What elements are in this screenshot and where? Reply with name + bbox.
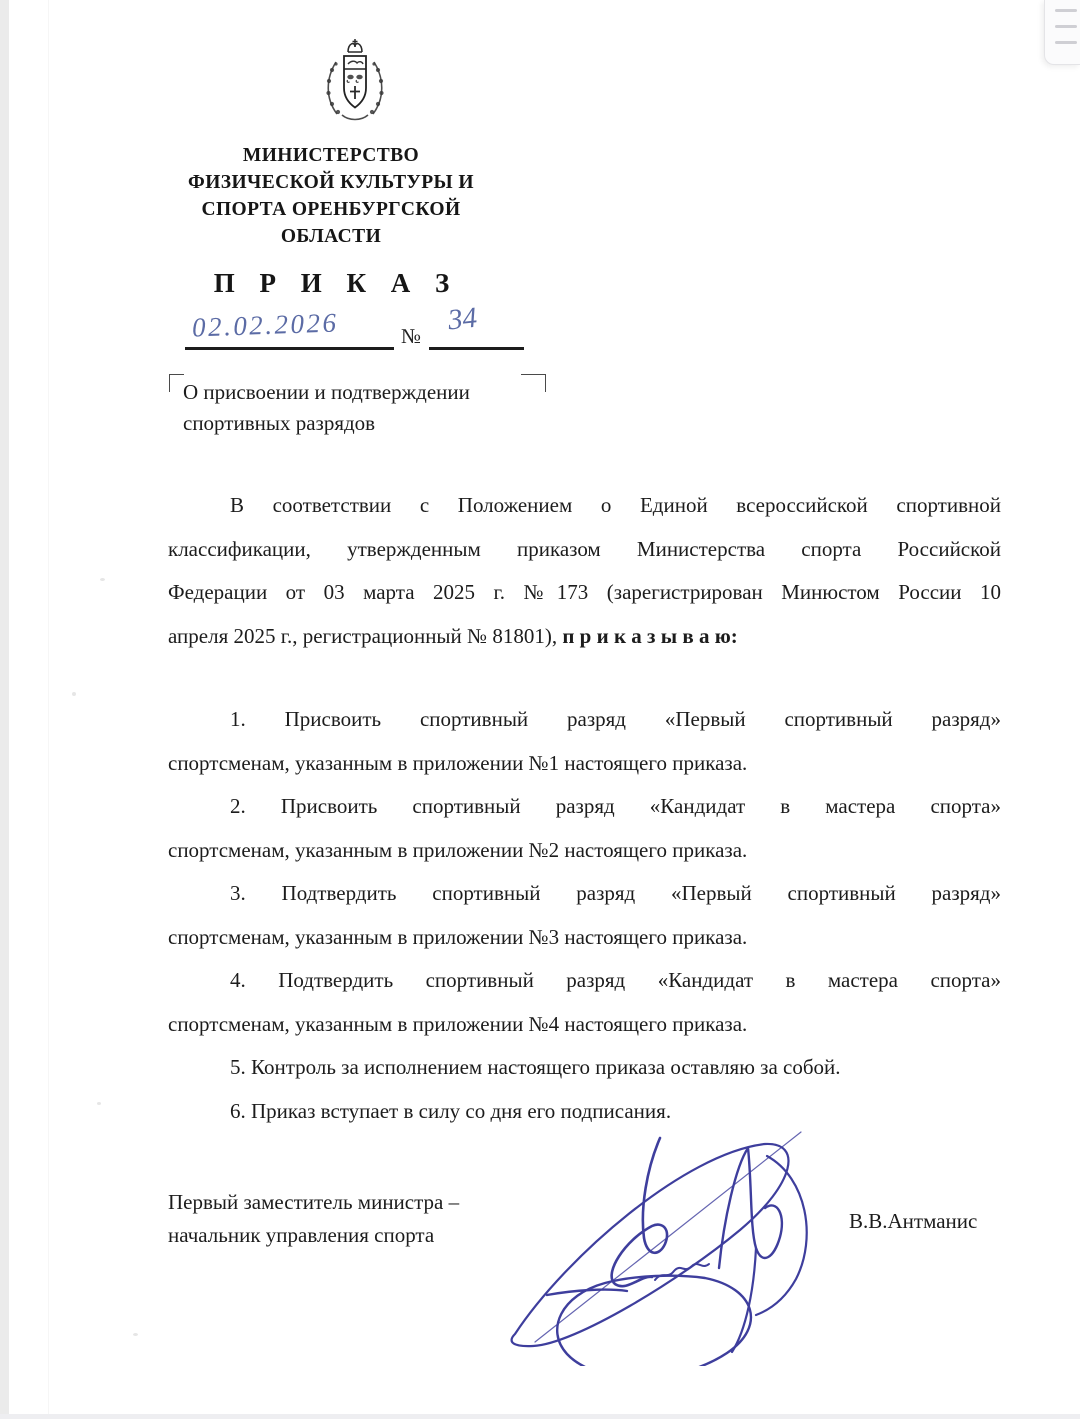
org-name-line: СПОРТА ОРЕНБУРГСКОЙ [181, 196, 481, 223]
text-line-bold: п р и к а з ы в а ю: [562, 624, 737, 648]
text-line: спортсменам, указанным в приложении №1 н… [168, 742, 1001, 786]
subject-line: спортивных разрядов [183, 408, 543, 439]
scan-artifact [72, 692, 76, 696]
viewer-left-edge [0, 0, 9, 1419]
text-line-regular: 4. Подтвердить спортивный разряд «Кандид… [230, 968, 1001, 992]
handwritten-date: 02.02.2026 [192, 307, 339, 343]
signature-icon [455, 1098, 855, 1366]
order-body-text: В соответствии с Положением о Единой все… [168, 484, 1001, 1133]
document-page: МИНИСТЕРСТВОФИЗИЧЕСКОЙ КУЛЬТУРЫ ИСПОРТА … [0, 0, 1080, 1419]
number-underline [429, 347, 524, 350]
text-line: спортсменам, указанным в приложении №4 н… [168, 1003, 1001, 1047]
date-underline [185, 347, 394, 350]
signer-title-line: начальник управления спорта [168, 1219, 459, 1252]
signer-title-line: Первый заместитель министра – [168, 1186, 459, 1219]
text-line-regular: спортсменам, указанным в приложении №1 н… [168, 751, 747, 775]
subject-line: О присвоении и подтверждении [183, 377, 543, 408]
text-line-regular: В соответствии с Положением о Единой все… [230, 493, 1001, 517]
signer-name: В.В.Антманис [849, 1209, 977, 1234]
text-line-regular: Федерации от 03 марта 2025 г. №173 (заре… [168, 580, 1001, 604]
peek-line-icon [1055, 25, 1077, 28]
text-line-regular: 3. Подтвердить спортивный разряд «Первый… [230, 881, 1001, 905]
org-name: МИНИСТЕРСТВОФИЗИЧЕСКОЙ КУЛЬТУРЫ ИСПОРТА … [181, 142, 481, 250]
doc-type-title: П Р И К А З [181, 268, 491, 299]
text-line [168, 658, 1001, 698]
number-sign: № [401, 324, 421, 349]
subject-corner-mark-left [169, 374, 184, 392]
text-line: классификации, утвержденным приказом Мин… [168, 528, 1001, 572]
text-line: 5. Контроль за исполнением настоящего пр… [168, 1046, 1001, 1090]
text-line-regular: 1. Присвоить спортивный разряд «Первый с… [230, 707, 1001, 731]
org-name-line: МИНИСТЕРСТВО [181, 142, 481, 169]
text-line: апреля 2025 г., регистрационный № 81801)… [168, 615, 1001, 659]
scan-artifact [97, 1102, 101, 1105]
text-line: Федерации от 03 марта 2025 г. №173 (заре… [168, 571, 1001, 615]
text-line: 1. Присвоить спортивный разряд «Первый с… [168, 698, 1001, 742]
text-line: В соответствии с Положением о Единой все… [168, 484, 1001, 528]
text-line-regular: 5. Контроль за исполнением настоящего пр… [230, 1055, 841, 1079]
text-line: 2. Присвоить спортивный разряд «Кандидат… [168, 785, 1001, 829]
peek-line-icon [1055, 41, 1077, 44]
text-line: 4. Подтвердить спортивный разряд «Кандид… [168, 959, 1001, 1003]
text-line-regular: спортсменам, указанным в приложении №4 н… [168, 1012, 747, 1036]
scan-fold-line [48, 0, 49, 1419]
page-peek-card[interactable] [1044, 0, 1080, 65]
text-line-regular: 2. Присвоить спортивный разряд «Кандидат… [230, 794, 1001, 818]
text-line: спортсменам, указанным в приложении №3 н… [168, 916, 1001, 960]
text-line-regular: спортсменам, указанным в приложении №3 н… [168, 925, 747, 949]
peek-line-icon [1055, 9, 1077, 12]
text-line-regular: апреля 2025 г., регистрационный № 81801)… [168, 624, 562, 648]
text-line-regular: спортсменам, указанным в приложении №2 н… [168, 838, 747, 862]
handwritten-number: 34 [446, 302, 478, 338]
page-bottom-edge [0, 1414, 1080, 1419]
text-line-regular: классификации, утвержденным приказом Мин… [168, 537, 1001, 561]
text-line: спортсменам, указанным в приложении №2 н… [168, 829, 1001, 873]
text-line: 3. Подтвердить спортивный разряд «Первый… [168, 872, 1001, 916]
org-name-line: ФИЗИЧЕСКОЙ КУЛЬТУРЫ И [181, 169, 481, 196]
scan-artifact [100, 578, 105, 581]
scan-artifact [133, 1333, 138, 1336]
signer-title: Первый заместитель министра – начальник … [168, 1186, 459, 1252]
coat-of-arms-icon [322, 36, 388, 122]
subject: О присвоении и подтверждении спортивных … [183, 377, 543, 439]
org-name-line: ОБЛАСТИ [181, 223, 481, 250]
